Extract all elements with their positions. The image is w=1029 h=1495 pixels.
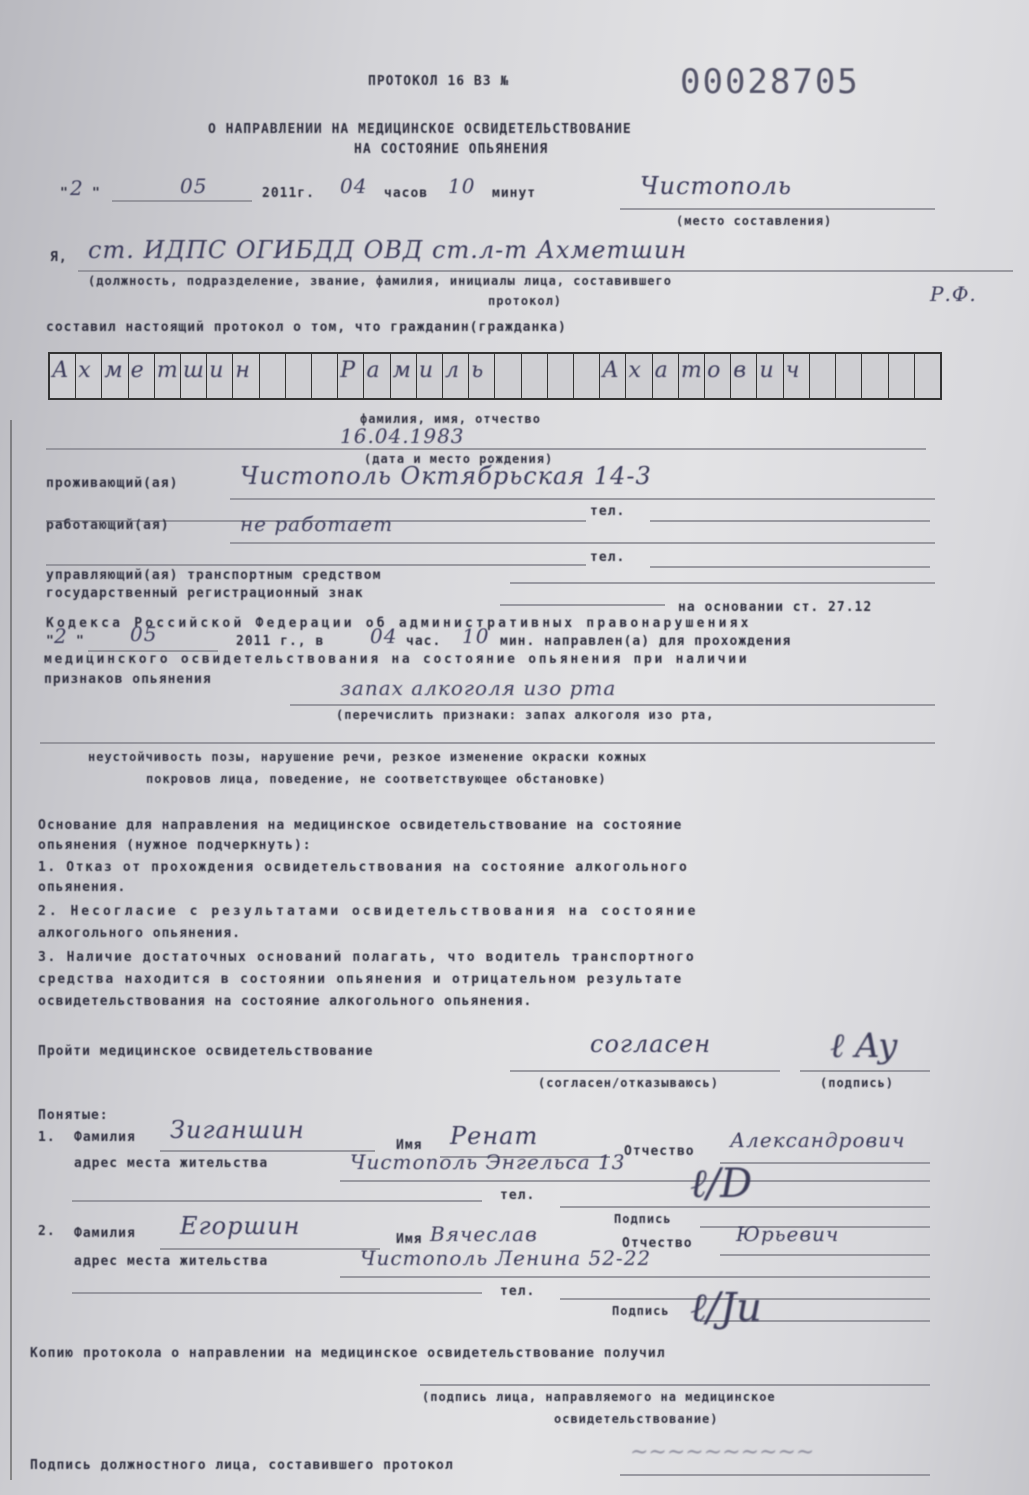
witness1-name: Ренат	[450, 1122, 538, 1150]
name-grid-cell: е	[129, 354, 155, 398]
protocol-number: 00028705	[680, 62, 860, 102]
page-edge	[10, 420, 12, 1480]
name-grid-cell: ь	[469, 354, 495, 398]
witness1-surname: Зиганшин	[170, 1116, 305, 1144]
place-caption: (место составления)	[676, 214, 832, 228]
name-grid-cell: и	[417, 354, 443, 398]
name-grid-cell	[889, 354, 915, 398]
witness1-signature: ℓ/D	[690, 1160, 752, 1207]
witness2-signature: ℓ/Ju	[690, 1284, 762, 1331]
protocol-header: ПРОТОКОЛ 16 ВЗ №	[368, 74, 509, 89]
name-grid-cell: т	[155, 354, 181, 398]
date-year: 2011г.	[262, 186, 315, 201]
name-grid-cell	[522, 354, 548, 398]
name-grid-cell	[862, 354, 888, 398]
residence-value: Чистополь Октябрьская 14-3	[240, 462, 652, 490]
witness1-address: Чистополь Энгельса 13	[350, 1150, 625, 1174]
name-grid: АхметшинРамильАхатович	[48, 352, 942, 400]
name-grid-cell: т	[679, 354, 705, 398]
date-minutes: 10	[448, 174, 475, 198]
name-grid-cell	[915, 354, 940, 398]
name-grid-cell: м	[102, 354, 128, 398]
name-grid-cell: а	[653, 354, 679, 398]
name-grid-cell: в	[731, 354, 757, 398]
witness2-address: Чистополь Ленина 52-22	[360, 1246, 651, 1270]
name-grid-cell	[495, 354, 521, 398]
title-line1: О НАПРАВЛЕНИИ НА МЕДИЦИНСКОЕ ОСВИДЕТЕЛЬС…	[208, 122, 632, 137]
name-grid-cell	[574, 354, 600, 398]
consent-signature: ℓ Ay	[830, 1026, 897, 1066]
name-grid-cell: Р	[338, 354, 364, 398]
date-day: 2	[70, 176, 84, 200]
name-grid-cell	[836, 354, 862, 398]
witness2-name: Вячеслав	[430, 1222, 538, 1246]
witness2-surname: Егоршин	[180, 1212, 300, 1240]
birth-value: 16.04.1983	[340, 424, 465, 448]
name-grid-cell: и	[757, 354, 783, 398]
consent-value: согласен	[590, 1030, 711, 1058]
work-value: не работает	[240, 512, 393, 536]
name-grid-cell: н	[233, 354, 259, 398]
date-month: 05	[180, 174, 207, 198]
name-grid-cell	[548, 354, 574, 398]
name-grid-cell	[810, 354, 836, 398]
officer-signature: ~~~~~~~~~~	[630, 1440, 814, 1465]
name-grid-cell: х	[626, 354, 652, 398]
name-grid-cell: л	[443, 354, 469, 398]
officer-value: ст. ИДПС ОГИБДД ОВД ст.л-т Ахметшин	[88, 236, 687, 264]
name-grid-cell: и	[207, 354, 233, 398]
statement: составил настоящий протокол о том, что г…	[46, 320, 567, 335]
name-grid-cell	[286, 354, 312, 398]
name-grid-cell: ш	[181, 354, 207, 398]
title-line2: НА СОСТОЯНИЕ ОПЬЯНЕНИЯ	[354, 142, 548, 157]
name-grid-cell: о	[705, 354, 731, 398]
name-grid-cell: А	[600, 354, 626, 398]
name-grid-cell: А	[50, 354, 76, 398]
name-grid-cell: м	[391, 354, 417, 398]
name-grid-cell: а	[364, 354, 390, 398]
date-hours: 04	[340, 174, 367, 198]
witness2-patronymic: Юрьевич	[736, 1222, 839, 1246]
signs-value: запах алкоголя изо рта	[340, 676, 616, 700]
place-value: Чистополь	[640, 172, 792, 200]
name-grid-cell: х	[76, 354, 102, 398]
witness1-patronymic: Александрович	[730, 1128, 905, 1152]
protocol-document: ПРОТОКОЛ 16 ВЗ № 00028705 О НАПРАВЛЕНИИ …	[0, 0, 1029, 1495]
name-grid-cell	[312, 354, 338, 398]
name-grid-cell: ч	[784, 354, 810, 398]
name-grid-cell	[260, 354, 286, 398]
